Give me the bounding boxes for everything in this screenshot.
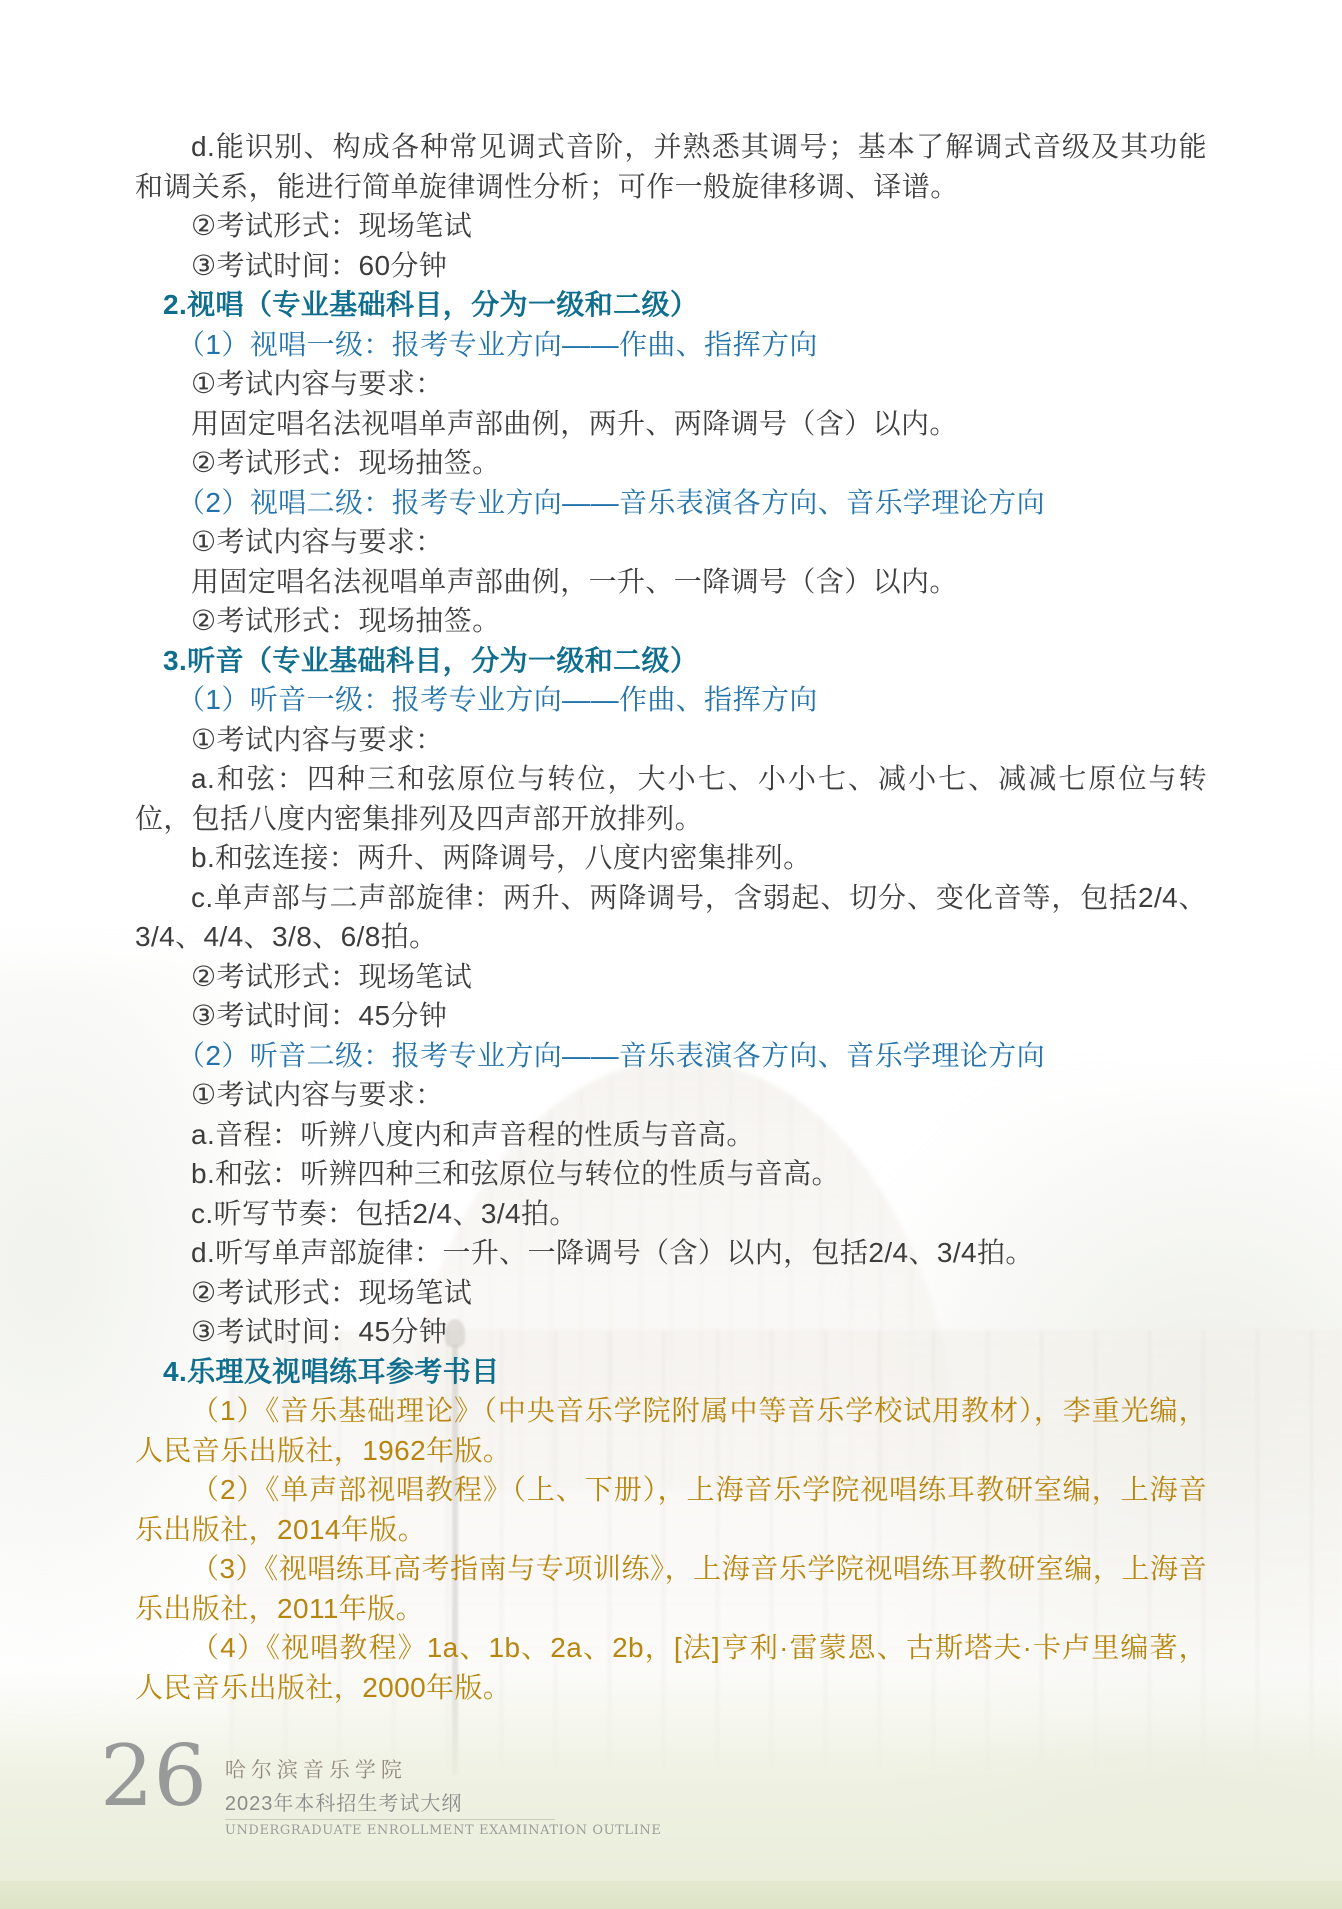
body-paragraph: ①考试内容与要求： [135,1075,1207,1115]
body-paragraph: ②考试形式：现场抽签。 [135,443,1207,483]
footer-document-title: 2023年本科招生考试大纲 [225,1787,555,1820]
body-paragraph: ③考试时间：45分钟 [135,996,1207,1036]
body-paragraph: 用固定唱名法视唱单声部曲例，一升、一降调号（含）以内。 [135,562,1207,602]
subsection-heading: （1）听音一级：报考专业方向——作曲、指挥方向 [135,680,1207,720]
body-paragraph: 用固定唱名法视唱单声部曲例，两升、两降调号（含）以内。 [135,404,1207,444]
reference-item: （4）《视唱教程》1a、1b、2a、2b，[法]亨利·雷蒙恩、古斯塔夫·卡卢里编… [135,1628,1207,1707]
reference-item: （2）《单声部视唱教程》（上、下册），上海音乐学院视唱练耳教研室编，上海音乐出版… [135,1470,1207,1549]
body-paragraph: ②考试形式：现场笔试 [135,206,1207,246]
document-page: d.能识别、构成各种常见调式音阶，并熟悉其调号；基本了解调式音级及其功能和调关系… [0,0,1342,1909]
footer-meta: 哈尔滨音乐学院 2023年本科招生考试大纲 UNDERGRADUATE ENRO… [225,1736,662,1838]
page-footer: 26 哈尔滨音乐学院 2023年本科招生考试大纲 UNDERGRADUATE E… [100,1736,661,1838]
body-paragraph: b.和弦：听辨四种三和弦原位与转位的性质与音高。 [135,1154,1207,1194]
path-watermark [882,1719,1342,1869]
body-paragraph: d.听写单声部旋律：一升、一降调号（含）以内，包括2/4、3/4拍。 [135,1233,1207,1273]
body-paragraph: ②考试形式：现场笔试 [135,1273,1207,1313]
subsection-heading: （2）听音二级：报考专业方向——音乐表演各方向、音乐学理论方向 [135,1036,1207,1076]
body-paragraph: c.听写节奏：包括2/4、3/4拍。 [135,1194,1207,1234]
reference-item: （1）《音乐基础理论》（中央音乐学院附属中等音乐学校试用教材），李重光编，人民音… [135,1391,1207,1470]
body-paragraph: d.能识别、构成各种常见调式音阶，并熟悉其调号；基本了解调式音级及其功能和调关系… [135,127,1207,206]
subsection-heading: （2）视唱二级：报考专业方向——音乐表演各方向、音乐学理论方向 [135,483,1207,523]
body-paragraph: ③考试时间：60分钟 [135,246,1207,286]
subsection-heading: （1）视唱一级：报考专业方向——作曲、指挥方向 [135,325,1207,365]
document-content: d.能识别、构成各种常见调式音阶，并熟悉其调号；基本了解调式音级及其功能和调关系… [135,127,1207,1707]
body-paragraph: b.和弦连接：两升、两降调号，八度内密集排列。 [135,838,1207,878]
grass-edge-watermark [0,1881,1342,1909]
reference-item: （3）《视唱练耳高考指南与专项训练》，上海音乐学院视唱练耳教研室编，上海音乐出版… [135,1549,1207,1628]
body-paragraph: a.音程：听辨八度内和声音程的性质与音高。 [135,1115,1207,1155]
body-paragraph: ②考试形式：现场抽签。 [135,601,1207,641]
page-number: 26 [100,1736,207,1816]
body-paragraph: ②考试形式：现场笔试 [135,957,1207,997]
body-paragraph: a.和弦：四种三和弦原位与转位，大小七、小小七、减小七、减减七原位与转位，包括八… [135,759,1207,838]
body-paragraph: ①考试内容与要求： [135,720,1207,760]
body-paragraph: c.单声部与二声部旋律：两升、两降调号，含弱起、切分、变化音等，包括2/4、3/… [135,878,1207,957]
footer-institution-name: 哈尔滨音乐学院 [225,1754,662,1784]
section-heading: 3.听音（专业基础科目，分为一级和二级） [135,641,1207,681]
section-heading: 4.乐理及视唱练耳参考书目 [135,1352,1207,1392]
section-heading: 2.视唱（专业基础科目，分为一级和二级） [135,285,1207,325]
footer-document-title-en: UNDERGRADUATE ENROLLMENT EXAMINATION OUT… [225,1823,662,1838]
body-paragraph: ③考试时间：45分钟 [135,1312,1207,1352]
body-paragraph: ①考试内容与要求： [135,522,1207,562]
body-paragraph: ①考试内容与要求： [135,364,1207,404]
